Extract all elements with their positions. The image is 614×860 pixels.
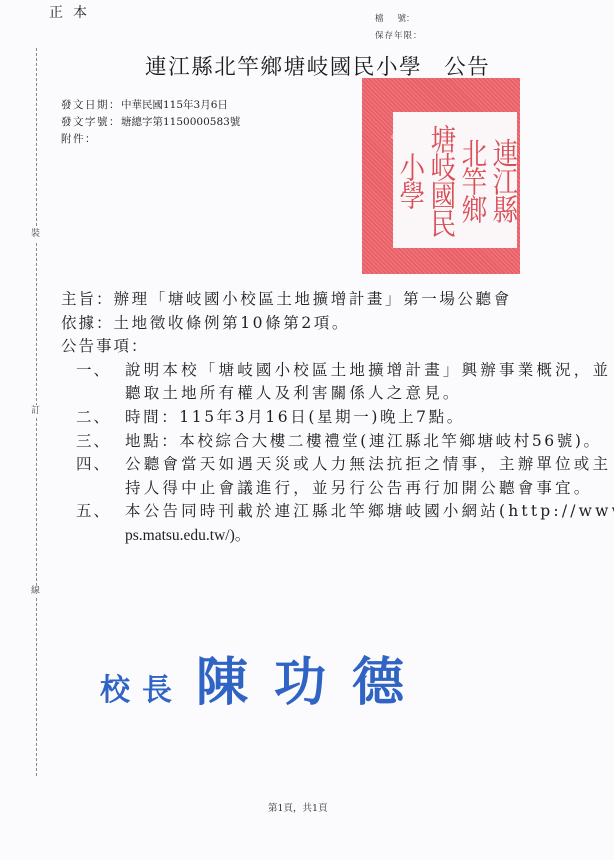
announcement-item-4-continued: 持人得中止會議進行，並另行公告再行加開公聽會事宜。 xyxy=(61,477,614,501)
issue-number-row: 發文字號：塘總字第1150000583號 xyxy=(61,114,240,131)
item-text-line: 時間：115年3月16日(星期一)晚上7點。 xyxy=(125,406,465,430)
item-number: 五、 xyxy=(76,500,125,524)
item-number: 一、 xyxy=(76,359,125,383)
binding-mark-xian: 線 xyxy=(31,585,40,598)
basis-text: 土地徵收條例第10條第2項。 xyxy=(114,314,351,332)
header-fields: 發文日期：中華民國115年3月6日 發文字號：塘總字第1150000583號 附… xyxy=(61,97,240,148)
subject-text: 辦理「塘岐國小校區土地擴增計畫」第一場公聽會 xyxy=(114,290,512,308)
subject-row: 主旨：辦理「塘岐國小校區土地擴增計畫」第一場公聽會 xyxy=(61,288,614,312)
binding-mark-ding: 訂 xyxy=(31,405,40,418)
official-seal-stamp: 連江縣 北竿鄉 塘岐國民 小學 xyxy=(362,78,520,274)
announcement-item-5-continued: ps.matsu.edu.tw/)。 xyxy=(61,524,614,548)
item-text-line: 持人得中止會議進行，並另行公告再行加開公聽會事宜。 xyxy=(125,479,593,497)
retention-period-label: 保存年限： xyxy=(375,29,423,41)
announcement-item-4: 四、公聽會當天如遇天災或人力無法抗拒之情事，主辦單位或主 xyxy=(61,453,614,477)
item-text-line: 地點：本校綜合大樓二樓禮堂(連江縣北竿鄉塘岐村56號)。 xyxy=(125,430,602,454)
document-title: 連江縣北竿鄉塘岐國民小學公告 xyxy=(145,50,490,81)
attachment-label: 附件： xyxy=(61,133,97,145)
item-text-line: 說明本校「塘岐國小校區土地擴增計畫」興辦事業概況，並 xyxy=(125,359,611,383)
signature-title: 校長 xyxy=(100,665,184,709)
subject-label: 主旨： xyxy=(61,290,114,308)
item-number: 四、 xyxy=(76,453,125,477)
issue-date-label: 發文日期： xyxy=(61,99,121,111)
issue-number-label: 發文字號： xyxy=(61,116,121,128)
item-number: 二、 xyxy=(76,406,125,430)
announcement-item-1: 一、說明本校「塘岐國小校區土地擴增計畫」興辦事業概況，並 xyxy=(61,359,614,383)
document-type: 公告 xyxy=(444,55,490,80)
seal-column-1: 連江縣 xyxy=(490,114,514,246)
item-text-line: 本公告同時刊載於連江縣北竿鄉塘岐國小網站(http://www.tc xyxy=(125,500,614,524)
items-label: 公告事項： xyxy=(61,337,149,355)
basis-row: 依據：土地徵收條例第10條第2項。 xyxy=(61,312,614,336)
principal-signature-stamp: 校長 陳功德 xyxy=(100,640,430,715)
page-number-footer: 第1頁，共1頁 xyxy=(268,800,328,814)
seal-column-4: 小學 xyxy=(397,114,421,246)
announcement-item-5: 五、本公告同時刊載於連江縣北竿鄉塘岐國小網站(http://www.tc xyxy=(61,500,614,524)
announcement-item-1-continued: 聽取土地所有權人及利害關係人之意見。 xyxy=(61,382,614,406)
basis-label: 依據： xyxy=(61,314,114,332)
website-url-link[interactable]: ps.matsu.edu.tw/)。 xyxy=(125,527,250,544)
copy-type-mark: 正本 xyxy=(49,2,97,22)
archive-number-label: 檔號： xyxy=(375,12,415,24)
issue-date-row: 發文日期：中華民國115年3月6日 xyxy=(61,97,240,114)
announcement-item-3: 三、地點：本校綜合大樓二樓禮堂(連江縣北竿鄉塘岐村56號)。 xyxy=(61,430,614,454)
item-number: 三、 xyxy=(76,430,125,454)
issue-date-value: 中華民國115年3月6日 xyxy=(121,99,228,111)
signature-name: 陳功德 xyxy=(196,640,430,715)
seal-column-3: 塘岐國民 xyxy=(428,114,452,246)
archive-label-part-1: 檔 xyxy=(375,14,384,24)
item-text-line: 聽取土地所有權人及利害關係人之意見。 xyxy=(125,384,462,402)
item-text-line: 公聽會當天如遇天災或人力無法抗拒之情事，主辦單位或主 xyxy=(125,453,611,477)
seal-column-2: 北竿鄉 xyxy=(459,114,483,246)
archive-label-part-2: 號： xyxy=(398,14,415,24)
issuing-school-name: 連江縣北竿鄉塘岐國民小學 xyxy=(145,55,422,80)
announcement-item-2: 二、時間：115年3月16日(星期一)晚上7點。 xyxy=(61,406,614,430)
binding-mark-zhuang: 裝 xyxy=(31,228,40,241)
issue-number-value: 塘總字第1150000583號 xyxy=(121,116,240,128)
seal-inner-frame: 連江縣 北竿鄉 塘岐國民 小學 xyxy=(393,112,517,248)
items-heading: 公告事項： xyxy=(61,335,614,359)
announcement-body: 主旨：辦理「塘岐國小校區土地擴增計畫」第一場公聽會 依據：土地徵收條例第10條第… xyxy=(61,288,614,548)
attachment-row: 附件： xyxy=(61,131,240,148)
